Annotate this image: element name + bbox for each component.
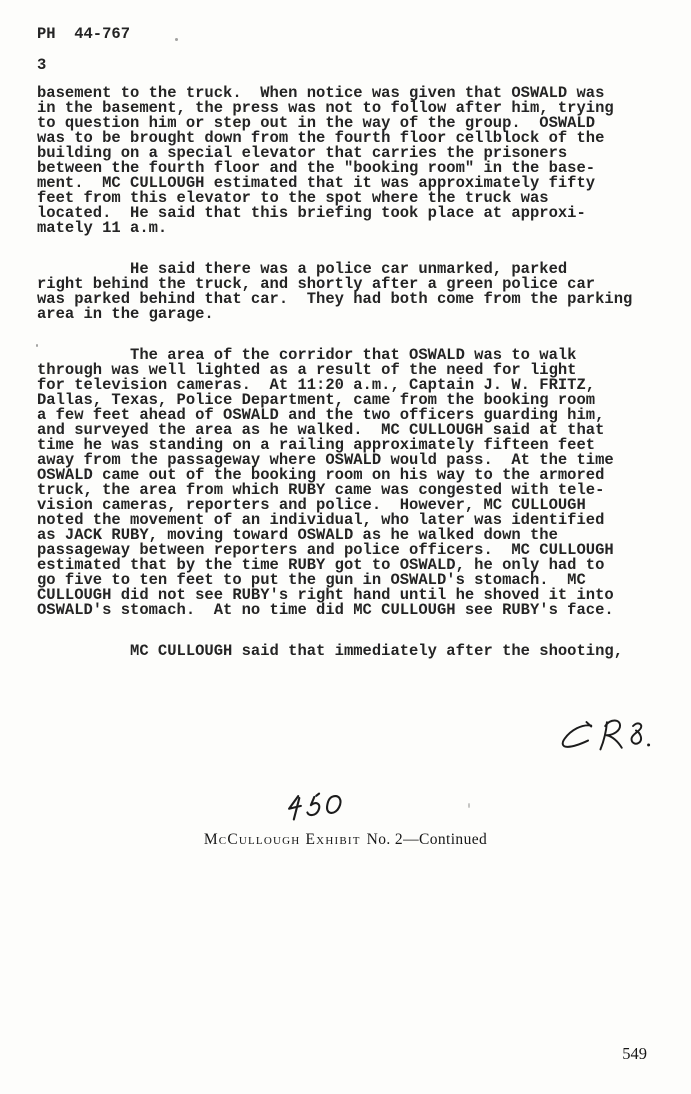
page-number: 3 bbox=[37, 56, 46, 74]
scan-speckle bbox=[36, 344, 38, 347]
typed-body: basement to the truck. When notice was g… bbox=[37, 86, 652, 685]
typed-paragraph: The area of the corridor that OSWALD was… bbox=[37, 348, 652, 618]
handwritten-initials bbox=[549, 710, 655, 772]
scan-speckle bbox=[175, 38, 178, 41]
file-id: PH 44-767 bbox=[37, 25, 130, 43]
typed-paragraph: basement to the truck. When notice was g… bbox=[37, 86, 652, 236]
handwriting-cr8-icon bbox=[549, 710, 655, 772]
exhibit-caption-rest: No. 2—Continued bbox=[367, 831, 488, 848]
exhibit-caption: McCullough ExhibitNo. 2—Continued bbox=[0, 831, 691, 849]
handwritten-number bbox=[283, 786, 346, 828]
typed-paragraph: MC CULLOUGH said that immediately after … bbox=[37, 644, 652, 659]
exhibit-caption-name: McCullough Exhibit bbox=[204, 831, 361, 848]
handwriting-450-icon bbox=[283, 786, 345, 826]
folio-number: 549 bbox=[622, 1044, 647, 1064]
typed-paragraph: He said there was a police car unmarked,… bbox=[37, 262, 652, 322]
scan-speckle bbox=[468, 803, 470, 808]
document-page: PH 44-767 3 basement to the truck. When … bbox=[0, 0, 691, 1094]
